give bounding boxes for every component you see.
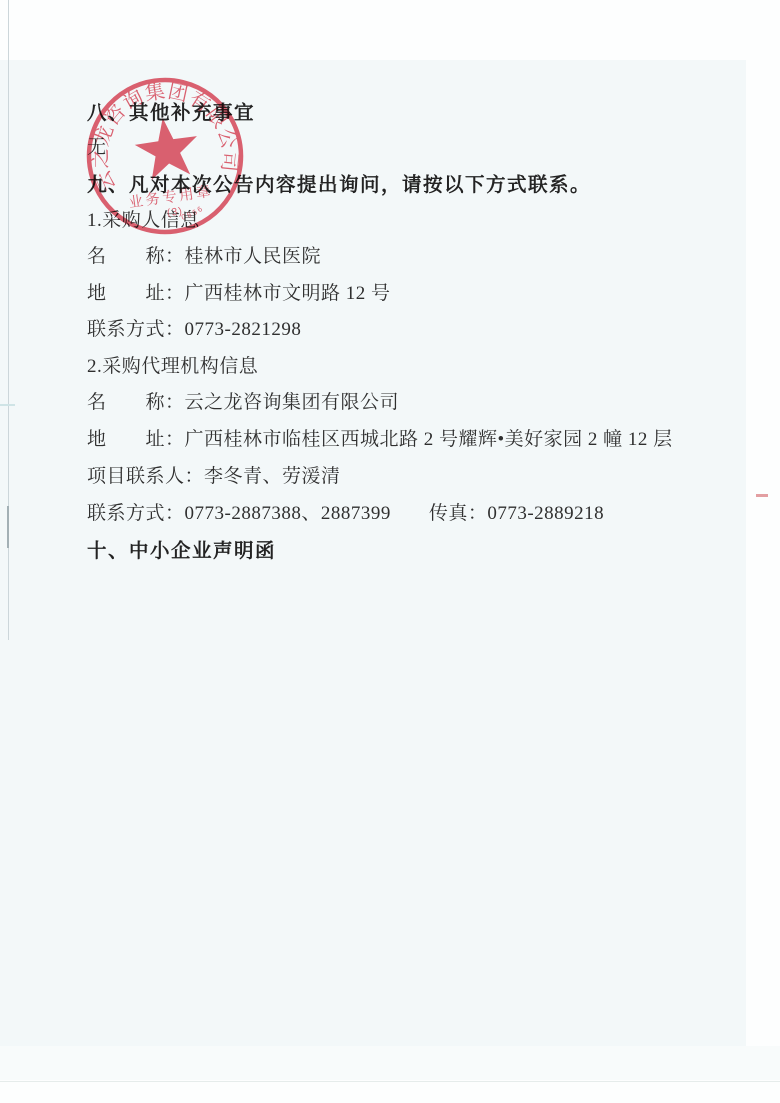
section-10-heading: 十、中小企业声明函 [87, 538, 276, 564]
section-8-heading: 八、其他补充事宜 [87, 100, 255, 126]
agency-contact-label: 联系方式： [87, 503, 185, 524]
purchaser-address-value: 广西桂林市文明路 12 号 [185, 283, 391, 304]
agency-contact-person-line: 项目联系人：李冬青、劳湲清 [87, 464, 341, 490]
purchaser-address-line: 地 址：广西桂林市文明路 12 号 [87, 281, 391, 307]
scanned-document-page: 八、其他补充事宜 无 九、凡对本次公告内容提出询问，请按以下方式联系。 1.采购… [0, 0, 780, 1103]
agency-name-label: 名 称： [87, 392, 185, 413]
agency-address-label: 地 址： [87, 429, 185, 450]
agency-info-title: 2.采购代理机构信息 [87, 354, 258, 380]
scan-red-tick [756, 494, 768, 497]
agency-contact-line: 联系方式：0773-2887388、2887399传真：0773-2889218 [87, 501, 604, 527]
purchaser-contact-value: 0773-2821298 [185, 319, 302, 340]
agency-contact-person-label: 项目联系人： [87, 466, 204, 487]
section-8-content: 无 [87, 135, 107, 161]
agency-name-line: 名 称：云之龙咨询集团有限公司 [87, 390, 399, 416]
scan-tint-bottom-region [0, 1046, 780, 1080]
scan-bottom-line [0, 1081, 780, 1082]
agency-address-line: 地 址：广西桂林市临桂区西城北路 2 号耀辉•美好家园 2 幢 12 层 [87, 427, 673, 453]
purchaser-contact-label: 联系方式： [87, 319, 185, 340]
agency-fax-label: 传真： [429, 503, 488, 524]
purchaser-contact-line: 联系方式：0773-2821298 [87, 317, 301, 343]
scan-left-edge-dark-dash [7, 506, 9, 548]
purchaser-address-label: 地 址： [87, 283, 185, 304]
agency-contact-value: 0773-2887388、2887399 [185, 503, 391, 524]
scan-teal-tick [0, 404, 15, 406]
agency-contact-person-value: 李冬青、劳湲清 [204, 466, 341, 487]
purchaser-info-title: 1.采购人信息 [87, 208, 200, 234]
purchaser-name-line: 名 称：桂林市人民医院 [87, 244, 321, 270]
agency-fax-value: 0773-2889218 [487, 503, 604, 524]
purchaser-name-value: 桂林市人民医院 [185, 246, 322, 267]
section-9-heading: 九、凡对本次公告内容提出询问，请按以下方式联系。 [87, 172, 591, 198]
agency-address-value: 广西桂林市临桂区西城北路 2 号耀辉•美好家园 2 幢 12 层 [185, 429, 673, 450]
purchaser-name-label: 名 称： [87, 246, 185, 267]
agency-name-value: 云之龙咨询集团有限公司 [185, 392, 400, 413]
